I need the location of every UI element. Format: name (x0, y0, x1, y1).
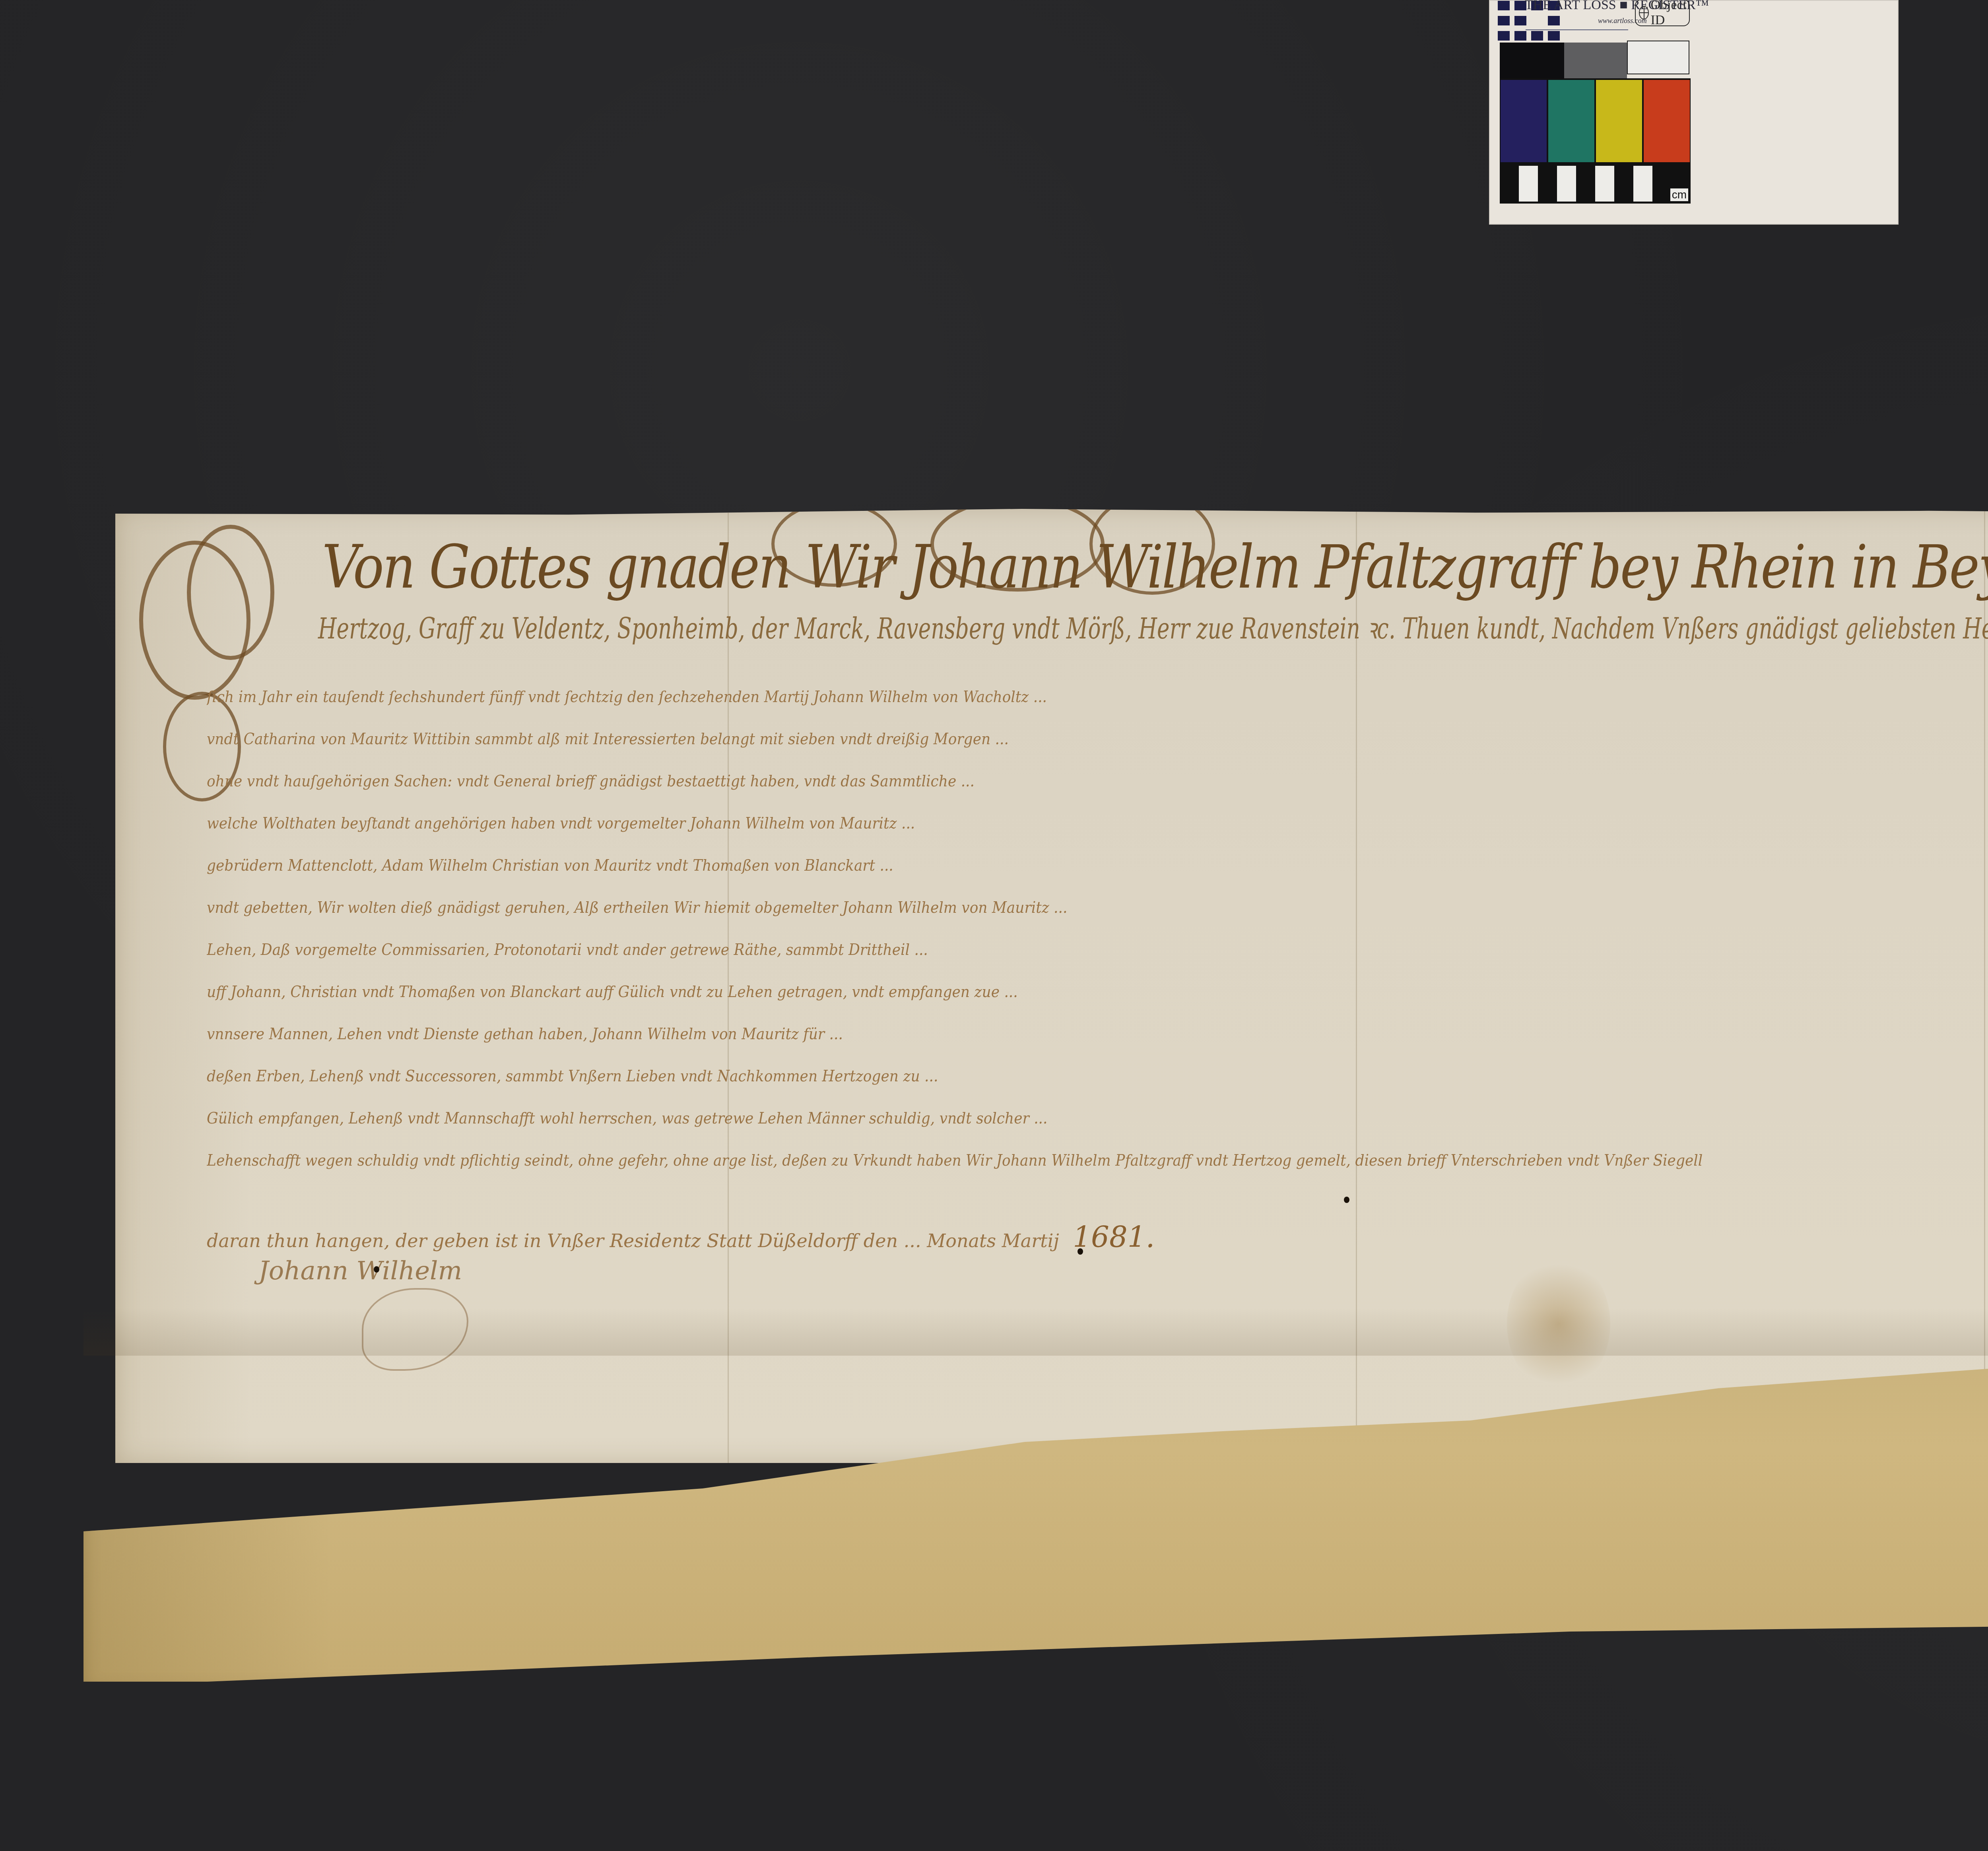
document-heading: Von Gottes gnaden Wir Johann Wilhelm Pfa… (322, 533, 1988, 602)
body-line: Lehen, Daß vorgemelte Commissarien, Prot… (207, 929, 1988, 971)
body-line: ohne vndt hauſgehörigen Sachen: vndt Gen… (207, 760, 1988, 802)
scale-unit-label: cm (1670, 188, 1688, 201)
body-line: uff Johann, Christian vndt Thomaßen von … (207, 971, 1988, 1013)
swatch-yellow (1596, 80, 1642, 162)
ink-spot (1077, 1248, 1083, 1255)
ink-spot (374, 1266, 379, 1273)
color-swatch-row (1500, 78, 1691, 164)
body-line: vnnsere Mannen, Lehen vndt Dienste getha… (207, 1013, 1988, 1055)
signature: Johann Wilhelm (258, 1256, 462, 1286)
body-line: ſich im Jahr ein tauſendt ſechshundert f… (207, 676, 1988, 718)
swatch-green (1548, 80, 1594, 162)
cm-scale-bar: cm (1500, 164, 1691, 204)
body-line: Gülich empfangen, Lehenß vndt Mannschaff… (207, 1097, 1988, 1139)
date-year: 1681. (1073, 1220, 1155, 1254)
swatch-white (1627, 41, 1689, 74)
date-line: daran thun hangen, der geben ist in Vnße… (207, 1220, 1718, 1254)
body-line: vndt Catharina von Mauritz Wittibin samm… (207, 718, 1988, 760)
object-id-badge: Object ID (1635, 0, 1690, 26)
swatch-gray (1564, 43, 1627, 78)
body-line: Lehenschafft wegen schuldig vndt pflicht… (207, 1139, 1988, 1182)
body-line: deßen Erben, Lehenß vndt Successoren, sa… (207, 1055, 1988, 1097)
fold-shadow (83, 1308, 1988, 1356)
swatch-blue (1501, 80, 1547, 162)
swatch-black (1500, 43, 1564, 78)
body-line: vndt gebetten, Wir wolten dieß gnädigst … (207, 887, 1988, 929)
document-subheading: Hertzog, Graff zu Veldentz, Sponheimb, d… (318, 608, 1827, 647)
document-body: ſich im Jahr ein tauſendt ſechshundert f… (207, 676, 1988, 1182)
object-id-label: Object ID (1650, 0, 1689, 28)
body-line: gebrüdern Mattenclott, Adam Wilhelm Chri… (207, 844, 1988, 887)
globe-icon (1639, 6, 1649, 19)
ink-spot (1344, 1197, 1349, 1203)
swatch-red (1644, 80, 1690, 162)
body-line: welche Wolthaten beyſtandt angehörigen h… (207, 802, 1988, 844)
color-calibration-card: THE ART LOSS ■ REGISTER™ www.artloss.com… (1489, 0, 1899, 225)
date-text: daran thun hangen, der geben ist in Vnße… (207, 1230, 1059, 1251)
card-divider (1526, 29, 1628, 30)
